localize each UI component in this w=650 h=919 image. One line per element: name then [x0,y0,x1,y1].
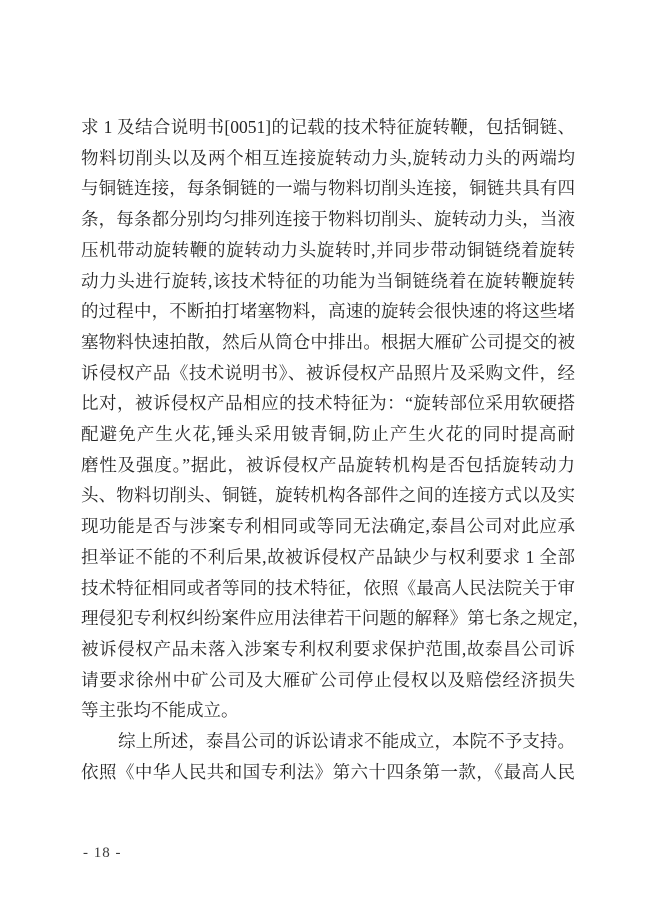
text-line: 被诉侵权产品未落入涉案专利权利要求保护范围,故泰昌公司诉 [81,634,575,665]
text-line: 动力头进行旋转,该技术特征的功能为当铜链绕着在旋转鞭旋转 [81,266,575,297]
text-line: 技术特征相同或者等同的技术特征，依照《最高人民法院关于审 [81,573,575,604]
text-line: 条，每条都分别均匀排列连接于物料切削头、旋转动力头，当液 [81,204,575,235]
text-line: 现功能是否与涉案专利相同或等同无法确定,泰昌公司对此应承 [81,511,575,542]
text-line: 担举证不能的不利后果,故被诉侵权产品缺少与权利要求 1 全部 [81,542,575,573]
text-line: 等主张均不能成立。 [81,695,575,726]
text-line: 塞物料快速拍散，然后从筒仓中排出。根据大雁矿公司提交的被 [81,327,575,358]
text-line: 请要求徐州中矿公司及大雁矿公司停止侵权以及赔偿经济损失 [81,665,575,696]
text-line: 理侵犯专利权纠纷案件应用法律若干问题的解释》第七条之规定， [81,603,590,634]
page-number: - 18 - [83,843,122,863]
text-line: 的过程中，不断拍打堵塞物料，高速的旋转会很快速的将这些堵 [81,296,575,327]
text-line: 诉侵权产品《技术说明书》、被诉侵权产品照片及采购文件，经 [81,358,575,389]
text-line: 压机带动旋转鞭的旋转动力头旋转时,并同步带动铜链绕着旋转 [81,235,575,266]
text-line: 求 1 及结合说明书[0051]的记载的技术特征旋转鞭，包括铜链、 [81,112,575,143]
text-line: 磨性及强度。”据此，被诉侵权产品旋转机构是否包括旋转动力 [81,450,575,481]
text-line: 配避免产生火花,锤头采用铍青铜,防止产生火花的同时提高耐 [81,419,575,450]
text-line: 比对，被诉侵权产品相应的技术特征为：“旋转部位采用软硬搭 [81,388,575,419]
text-line: 与铜链连接，每条铜链的一端与物料切削头连接，铜链共具有四 [81,173,575,204]
text-line: 依照《中华人民共和国专利法》第六十四条第一款，《最高人民 [81,757,575,788]
judgment-text-block: 求 1 及结合说明书[0051]的记载的技术特征旋转鞭，包括铜链、 物料切削头以… [81,112,590,787]
document-page: 求 1 及结合说明书[0051]的记载的技术特征旋转鞭，包括铜链、 物料切削头以… [0,0,650,919]
text-line: 头、物料切削头、铜链，旋转机构各部件之间的连接方式以及实 [81,480,575,511]
text-line: 物料切削头以及两个相互连接旋转动力头,旋转动力头的两端均 [81,143,575,174]
text-line: 综上所述，泰昌公司的诉讼请求不能成立，本院不予支持。 [81,726,575,757]
